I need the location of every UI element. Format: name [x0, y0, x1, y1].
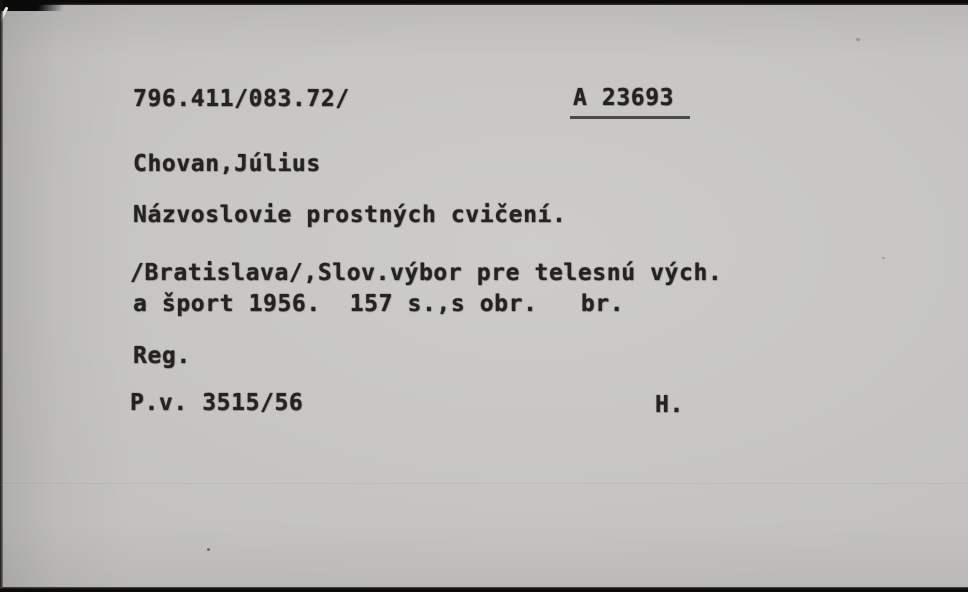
scan-speck — [207, 548, 210, 551]
registration-note: Reg. — [133, 345, 191, 368]
author-heading: Chovan,Július — [133, 153, 321, 176]
catalog-card-scan: 796.411/083.72/ A 23693 Chovan,Július Ná… — [0, 0, 968, 592]
call-number: 796.411/083.72/ — [133, 88, 350, 111]
cataloguer-initial: H. — [655, 394, 684, 417]
scan-edge-bottom — [0, 587, 968, 592]
scan-edge-left — [0, 0, 3, 592]
imprint-line-2: a šport 1956. 157 s.,s obr. br. — [133, 293, 624, 316]
record-number: P.v. 3515/56 — [130, 392, 303, 415]
imprint-line-1: /Bratislava/,Slov.výbor pre telesnú vých… — [130, 262, 722, 285]
scan-edge-top — [0, 0, 968, 5]
accession-number: A 23693 — [570, 87, 690, 119]
scan-edge-top-left — [0, 0, 70, 11]
scan-speck — [856, 38, 860, 41]
card-crease-line — [0, 483, 968, 485]
title-line: Názvoslovie prostných cvičení. — [133, 204, 566, 227]
scan-speck — [882, 257, 885, 259]
